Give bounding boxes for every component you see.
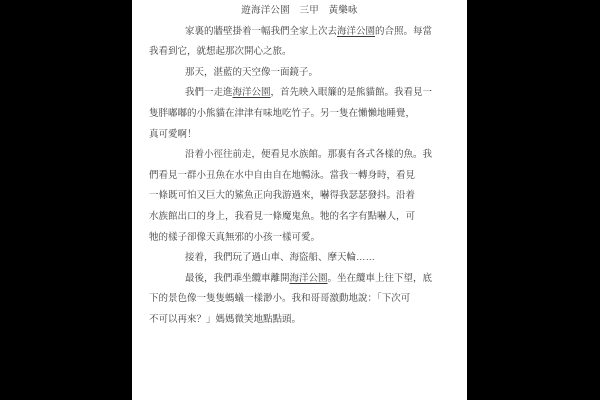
essay-body: 家裏的牆壁掛着一幅我們全家上次去海洋公園的合照。每當我看到它，就想起那次開心之旅… xyxy=(149,22,459,331)
proper-noun-underline: 海洋公園 xyxy=(337,26,375,37)
essay-line: 下的景色像一隻隻螞蟻一樣渺小。我和哥哥激動地說：「下次可 xyxy=(149,289,459,310)
essay-text: 那天，湛藍的天空像一面鏡子。 xyxy=(185,67,318,78)
essay-line: 隻胖嘟嘟的小熊貓在津津有味地吃竹子。另一隻在懶懶地睡覺， xyxy=(149,104,459,125)
essay-text: 真可愛啊！ xyxy=(149,129,197,140)
essay-text: 的合照。每當 xyxy=(375,26,432,37)
document-page: 遊海洋公園 三甲 黃樂咏 家裏的牆壁掛着一幅我們全家上次去海洋公園的合照。每當我… xyxy=(132,0,467,400)
essay-line: 不可以再來？」媽媽微笑地點點頭。 xyxy=(149,310,459,331)
essay-text: 牠的樣子卻像天真無邪的小孩一樣可愛。 xyxy=(149,232,320,243)
letterbox-background: 遊海洋公園 三甲 黃樂咏 家裏的牆壁掛着一幅我們全家上次去海洋公園的合照。每當我… xyxy=(0,0,600,400)
essay-line: 我們一走進海洋公園，首先映入眼簾的是熊貓館。我看見一 xyxy=(149,83,459,104)
essay-line: 那天，湛藍的天空像一面鏡子。 xyxy=(149,63,459,84)
essay-line: 我看到它，就想起那次開心之旅。 xyxy=(149,42,459,63)
essay-line: 真可愛啊！ xyxy=(149,125,459,146)
essay-line: 最後，我們乖坐纜車離開海洋公園。坐在纜車上往下望，底 xyxy=(149,269,459,290)
essay-text: 們看見一群小丑魚在水中自由自在地暢泳。當我一轉身時，看見 xyxy=(149,170,415,181)
essay-text: 家裏的牆壁掛着一幅我們全家上次去 xyxy=(185,26,337,37)
essay-text: 隻胖嘟嘟的小熊貓在津津有味地吃竹子。另一隻在懶懶地睡覺， xyxy=(149,108,415,119)
essay-text: 不可以再來？」媽媽微笑地點點頭。 xyxy=(149,314,301,325)
essay-line: 家裏的牆壁掛着一幅我們全家上次去海洋公園的合照。每當 xyxy=(149,22,459,43)
essay-text: 我看到它，就想起那次開心之旅。 xyxy=(149,46,292,57)
essay-text: 我們一走進 xyxy=(185,87,233,98)
proper-noun-underline: 海洋公園 xyxy=(290,273,328,284)
essay-line: 水族館出口的身上，我看見一條魔鬼魚。牠的名字有點嚇人，可 xyxy=(149,207,459,228)
essay-line: 牠的樣子卻像天真無邪的小孩一樣可愛。 xyxy=(149,228,459,249)
essay-text: 一條既可怕又巨大的鯊魚正向我游過來，嚇得我瑟瑟發抖。沿着 xyxy=(149,190,415,201)
essay-line: 接着，我們玩了過山車、海盜船、摩天輪…… xyxy=(149,248,459,269)
essay-text: 接着，我們玩了過山車、海盜船、摩天輪…… xyxy=(185,252,375,263)
essay-line: 們看見一群小丑魚在水中自由自在地暢泳。當我一轉身時，看見 xyxy=(149,166,459,187)
essay-title: 遊海洋公園 三甲 黃樂咏 xyxy=(132,1,467,22)
essay-text: 沿着小徑往前走，便看見水族館。那裏有各式各樣的魚。我 xyxy=(185,149,432,160)
essay-text: 。坐在纜車上往下望，底 xyxy=(328,273,433,284)
essay-text: 下的景色像一隻隻螞蟻一樣渺小。我和哥哥激動地說：「下次可 xyxy=(149,293,410,304)
essay-line: 沿着小徑往前走，便看見水族館。那裏有各式各樣的魚。我 xyxy=(149,145,459,166)
essay-text: 水族館出口的身上，我看見一條魔鬼魚。牠的名字有點嚇人，可 xyxy=(149,211,415,222)
proper-noun-underline: 海洋公園 xyxy=(233,87,271,98)
essay-text: 最後，我們乖坐纜車離開 xyxy=(185,273,290,284)
essay-text: ，首先映入眼簾的是熊貓館。我看見一 xyxy=(271,87,433,98)
essay-line: 一條既可怕又巨大的鯊魚正向我游過來，嚇得我瑟瑟發抖。沿着 xyxy=(149,186,459,207)
